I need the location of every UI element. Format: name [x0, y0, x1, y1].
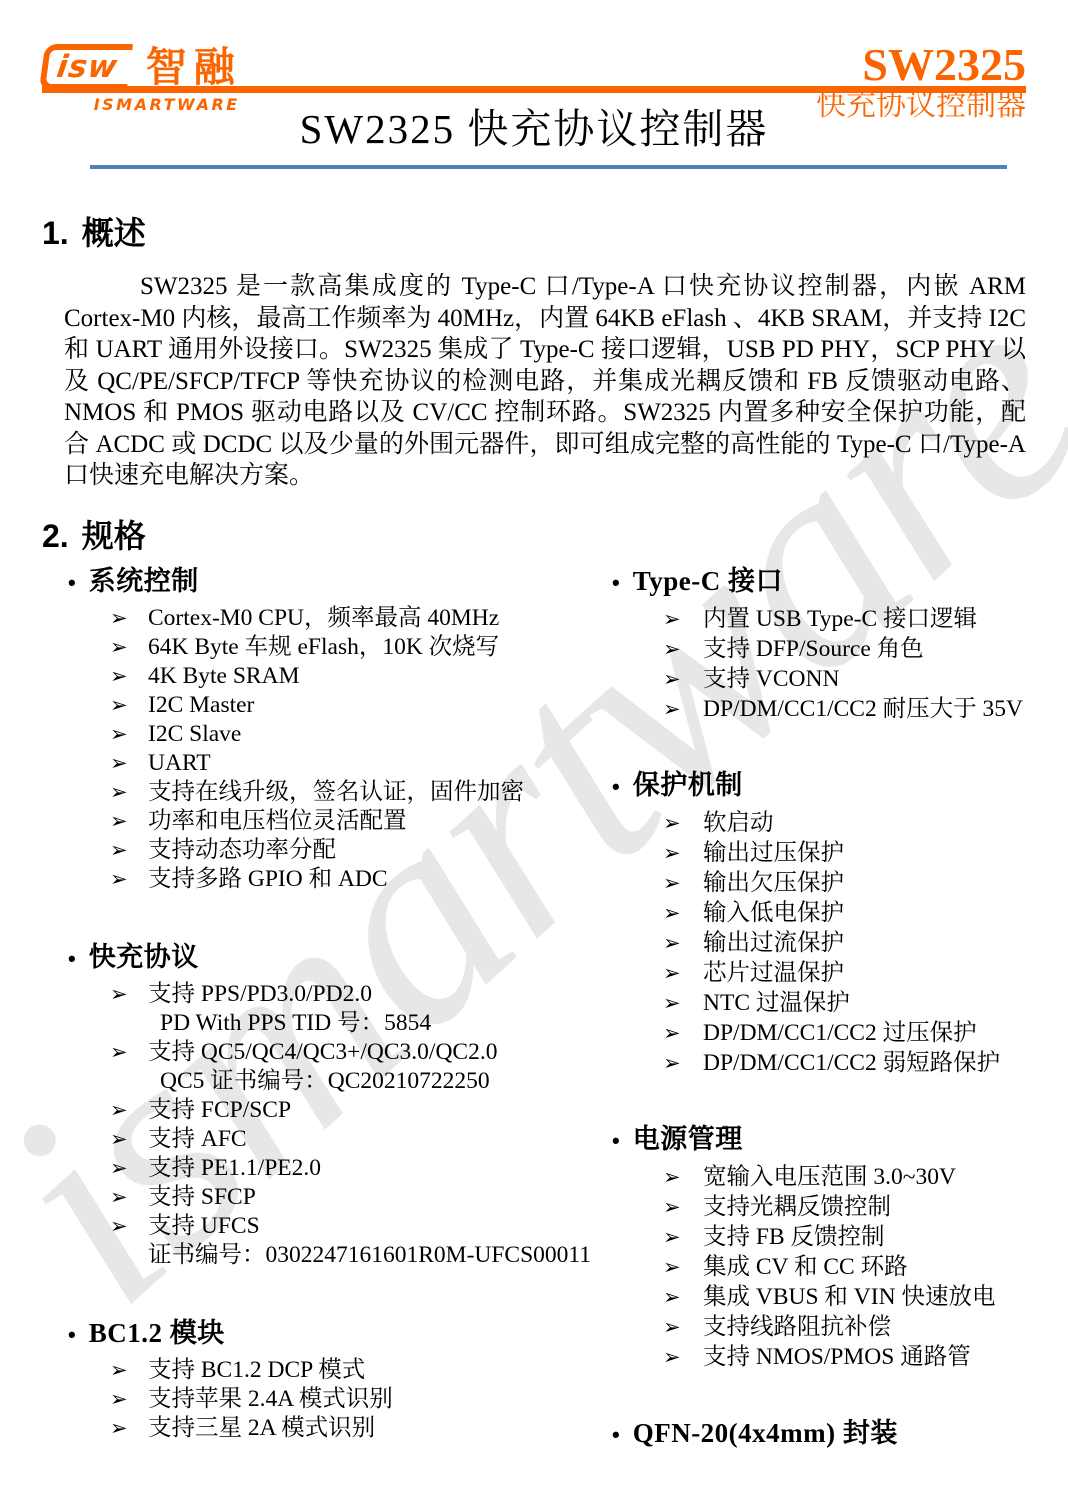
- spec-item: ➢输出欠压保护: [600, 868, 1068, 898]
- spec-item: ➢UART: [60, 749, 605, 778]
- spec-item-text: 内置 USB Type-C 接口逻辑: [703, 604, 977, 634]
- spec-group-title: 系统控制: [89, 564, 199, 598]
- spec-item: ➢软启动: [600, 808, 1068, 838]
- spec-group: •Type-C 接口➢内置 USB Type-C 接口逻辑➢支持 DFP/Sou…: [600, 564, 1068, 724]
- spec-item: ➢支持 DFP/Source 角色: [600, 634, 1068, 664]
- spec-item: ➢支持 QC5/QC4/QC3+/QC3.0/QC2.0: [60, 1038, 605, 1067]
- arrow-bullet-icon: ➢: [110, 662, 148, 691]
- overview-paragraph: SW2325 是一款高集成度的 Type-C 口/Type-A 口快充协议控制器…: [64, 271, 1026, 492]
- specs-columns: •系统控制➢Cortex-M0 CPU，频率最高 40MHz➢64K Byte …: [42, 564, 1026, 1446]
- arrow-bullet-icon: ➢: [663, 1342, 703, 1372]
- title-divider: [90, 165, 1007, 169]
- arrow-bullet-icon: ➢: [110, 778, 148, 807]
- bullet-icon: •: [612, 1418, 620, 1452]
- bullet-icon: •: [68, 566, 76, 600]
- logo-isw-mark: isw: [55, 51, 120, 83]
- spec-item: ➢支持苹果 2.4A 模式识别: [60, 1385, 605, 1414]
- spec-item: ➢支持 PPS/PD3.0/PD2.0: [60, 980, 605, 1009]
- datasheet-page: isw 智融 ISMARTWARE SW2325 快充协议控制器 SW2325 …: [0, 0, 1068, 1446]
- spec-item-text: 输入低电保护: [703, 898, 844, 928]
- spec-group-heading: •快充协议: [60, 940, 605, 976]
- spec-item-text: PD With PPS TID 号：5854: [160, 1009, 431, 1038]
- spec-item: ➢支持多路 GPIO 和 ADC: [60, 865, 605, 894]
- spec-item-text: 支持 UFCS: [148, 1212, 260, 1241]
- arrow-bullet-icon: ➢: [110, 1356, 148, 1385]
- spec-item: ➢I2C Slave: [60, 720, 605, 749]
- spec-group-title: BC1.2 模块: [89, 1316, 225, 1350]
- spec-item-text: Cortex-M0 CPU，频率最高 40MHz: [148, 604, 499, 633]
- spec-item: ➢支持 NMOS/PMOS 通路管: [600, 1342, 1068, 1372]
- arrow-bullet-icon: ➢: [663, 1192, 703, 1222]
- bullet-icon: •: [612, 1124, 620, 1158]
- spec-item-text: I2C Slave: [148, 720, 241, 749]
- spec-item: ➢支持三星 2A 模式识别: [60, 1414, 605, 1443]
- spec-item-text: 软启动: [703, 808, 774, 838]
- spec-item-text: NTC 过温保护: [703, 988, 850, 1018]
- spec-item: ➢宽输入电压范围 3.0~30V: [600, 1162, 1068, 1192]
- arrow-bullet-icon: ➢: [110, 691, 148, 720]
- bullet-icon: •: [68, 1318, 76, 1352]
- spec-group: •电源管理➢宽输入电压范围 3.0~30V➢支持光耦反馈控制➢支持 FB 反馈控…: [600, 1122, 1068, 1372]
- arrow-bullet-icon: ➢: [663, 988, 703, 1018]
- section-title: 规格: [82, 518, 146, 554]
- spec-item-text: UART: [148, 749, 211, 778]
- spec-item-text: I2C Master: [148, 691, 254, 720]
- spec-group-title: Type-C 接口: [633, 564, 783, 598]
- spec-item-text: 支持多路 GPIO 和 ADC: [148, 865, 388, 894]
- spec-item-text: 支持苹果 2.4A 模式识别: [148, 1385, 393, 1414]
- spec-item: ➢支持 FCP/SCP: [60, 1096, 605, 1125]
- spec-item-text: 支持 QC5/QC4/QC3+/QC3.0/QC2.0: [148, 1038, 497, 1067]
- bullet-icon: •: [612, 566, 620, 600]
- arrow-bullet-icon: ➢: [663, 928, 703, 958]
- spec-item: ➢集成 VBUS 和 VIN 快速放电: [600, 1282, 1068, 1312]
- arrow-bullet-icon: ➢: [110, 1096, 148, 1125]
- spec-item-list: ➢支持 PPS/PD3.0/PD2.0PD With PPS TID 号：585…: [60, 980, 605, 1270]
- arrow-bullet-icon: ➢: [110, 633, 148, 662]
- spec-item: ➢输出过流保护: [600, 928, 1068, 958]
- arrow-bullet-icon: ➢: [663, 838, 703, 868]
- spec-group-title: 保护机制: [633, 768, 743, 802]
- spec-group-title: 快充协议: [89, 940, 199, 974]
- spec-item-text: 支持 PE1.1/PE2.0: [148, 1154, 321, 1183]
- spec-item-list: ➢Cortex-M0 CPU，频率最高 40MHz➢64K Byte 车规 eF…: [60, 604, 605, 894]
- spec-item-text: 集成 VBUS 和 VIN 快速放电: [703, 1282, 995, 1312]
- spec-item-text: 集成 CV 和 CC 环路: [703, 1252, 908, 1282]
- spec-item-text: 功率和电压档位灵活配置: [148, 807, 407, 836]
- arrow-bullet-icon: ➢: [663, 898, 703, 928]
- arrow-bullet-icon: ➢: [663, 1252, 703, 1282]
- spec-item: ➢支持动态功率分配: [60, 836, 605, 865]
- spec-item: PD With PPS TID 号：5854: [60, 1009, 605, 1038]
- spec-group-heading: •QFN-20(4x4mm) 封装: [600, 1416, 1068, 1452]
- part-number: SW2325: [816, 44, 1026, 86]
- spec-group: •系统控制➢Cortex-M0 CPU，频率最高 40MHz➢64K Byte …: [60, 564, 605, 894]
- arrow-bullet-icon: ➢: [663, 634, 703, 664]
- specs-right-column: •Type-C 接口➢内置 USB Type-C 接口逻辑➢支持 DFP/Sou…: [600, 564, 1068, 1452]
- arrow-bullet-icon: ➢: [110, 1212, 148, 1241]
- spec-item-text: 输出过压保护: [703, 838, 844, 868]
- spec-item: ➢NTC 过温保护: [600, 988, 1068, 1018]
- spec-item: ➢输出过压保护: [600, 838, 1068, 868]
- arrow-bullet-icon: ➢: [110, 604, 148, 633]
- arrow-bullet-icon: ➢: [110, 1385, 148, 1414]
- spec-item-text: 支持 PPS/PD3.0/PD2.0: [148, 980, 372, 1009]
- spec-group-title: QFN-20(4x4mm) 封装: [633, 1416, 898, 1450]
- logo-brand-en: ISMARTWARE: [94, 95, 240, 114]
- section-title: 概述: [82, 215, 146, 251]
- spec-item-text: QC5 证书编号：QC20210722250: [160, 1067, 490, 1096]
- spec-item: ➢DP/DM/CC1/CC2 耐压大于 35V: [600, 694, 1068, 724]
- spec-item-text: DP/DM/CC1/CC2 耐压大于 35V: [703, 694, 1023, 724]
- arrow-bullet-icon: ➢: [663, 1222, 703, 1252]
- spec-item: ➢芯片过温保护: [600, 958, 1068, 988]
- spec-item: ➢内置 USB Type-C 接口逻辑: [600, 604, 1068, 634]
- arrow-bullet-icon: ➢: [663, 604, 703, 634]
- spec-group-heading: •保护机制: [600, 768, 1068, 804]
- spec-item-list: ➢软启动➢输出过压保护➢输出欠压保护➢输入低电保护➢输出过流保护➢芯片过温保护➢…: [600, 808, 1068, 1078]
- spec-item-text: 证书编号：0302247161601R0M-UFCS00011: [148, 1241, 591, 1270]
- spec-item-text: 支持 BC1.2 DCP 模式: [148, 1356, 365, 1385]
- spec-group: •保护机制➢软启动➢输出过压保护➢输出欠压保护➢输入低电保护➢输出过流保护➢芯片…: [600, 768, 1068, 1078]
- spec-item: ➢Cortex-M0 CPU，频率最高 40MHz: [60, 604, 605, 633]
- spec-item-text: 输出欠压保护: [703, 868, 844, 898]
- arrow-bullet-icon: ➢: [663, 808, 703, 838]
- spec-item: QC5 证书编号：QC20210722250: [60, 1067, 605, 1096]
- spec-item-text: 支持 FCP/SCP: [148, 1096, 291, 1125]
- spec-item-text: 支持 FB 反馈控制: [703, 1222, 885, 1252]
- arrow-bullet-icon: ➢: [110, 749, 148, 778]
- logo-row: isw 智融: [42, 44, 242, 90]
- part-subtitle: 快充协议控制器: [816, 89, 1026, 123]
- spec-item-list: ➢内置 USB Type-C 接口逻辑➢支持 DFP/Source 角色➢支持 …: [600, 604, 1068, 724]
- spec-item: ➢支持 VCONN: [600, 664, 1068, 694]
- spec-group-heading: •Type-C 接口: [600, 564, 1068, 600]
- spec-item: ➢支持 SFCP: [60, 1183, 605, 1212]
- spec-group-title: 电源管理: [633, 1122, 743, 1156]
- arrow-bullet-icon: ➢: [110, 1038, 148, 1067]
- spec-item: ➢支持 AFC: [60, 1125, 605, 1154]
- spec-item-text: 支持动态功率分配: [148, 836, 336, 865]
- spec-item: ➢4K Byte SRAM: [60, 662, 605, 691]
- logo-brand-cn: 智融: [146, 45, 242, 89]
- arrow-bullet-icon: ➢: [663, 694, 703, 724]
- arrow-bullet-icon: ➢: [663, 868, 703, 898]
- arrow-bullet-icon: ➢: [110, 980, 148, 1009]
- spec-item: ➢输入低电保护: [600, 898, 1068, 928]
- spec-item-text: 宽输入电压范围 3.0~30V: [703, 1162, 956, 1192]
- spec-group: •BC1.2 模块➢支持 BC1.2 DCP 模式➢支持苹果 2.4A 模式识别…: [60, 1316, 605, 1443]
- arrow-bullet-icon: ➢: [110, 1125, 148, 1154]
- spec-group: •QFN-20(4x4mm) 封装: [600, 1416, 1068, 1452]
- spec-item-text: DP/DM/CC1/CC2 过压保护: [703, 1018, 977, 1048]
- spec-item: ➢支持线路阻抗补偿: [600, 1312, 1068, 1342]
- spec-item-list: ➢支持 BC1.2 DCP 模式➢支持苹果 2.4A 模式识别➢支持三星 2A …: [60, 1356, 605, 1443]
- spec-item: ➢功率和电压档位灵活配置: [60, 807, 605, 836]
- spec-item-text: 支持线路阻抗补偿: [703, 1312, 891, 1342]
- spec-item-list: ➢宽输入电压范围 3.0~30V➢支持光耦反馈控制➢支持 FB 反馈控制➢集成 …: [600, 1162, 1068, 1372]
- spec-group: •快充协议➢支持 PPS/PD3.0/PD2.0PD With PPS TID …: [60, 940, 605, 1270]
- spec-group-heading: •系统控制: [60, 564, 605, 600]
- spec-item-text: 64K Byte 车规 eFlash，10K 次烧写: [148, 633, 499, 662]
- arrow-bullet-icon: ➢: [663, 1312, 703, 1342]
- logo-bracket-icon: isw: [39, 44, 133, 90]
- arrow-bullet-icon: ➢: [110, 1154, 148, 1183]
- spec-item-text: 支持三星 2A 模式识别: [148, 1414, 375, 1443]
- spec-item-text: 支持 DFP/Source 角色: [703, 634, 924, 664]
- arrow-bullet-icon: ➢: [663, 1162, 703, 1192]
- brand-logo: isw 智融 ISMARTWARE: [42, 44, 242, 114]
- spec-item: ➢I2C Master: [60, 691, 605, 720]
- spec-item: ➢DP/DM/CC1/CC2 弱短路保护: [600, 1048, 1068, 1078]
- specs-left-column: •系统控制➢Cortex-M0 CPU，频率最高 40MHz➢64K Byte …: [60, 564, 605, 1443]
- spec-item-text: 支持 NMOS/PMOS 通路管: [703, 1342, 971, 1372]
- spec-item: ➢支持在线升级，签名认证，固件加密: [60, 778, 605, 807]
- arrow-bullet-icon: ➢: [110, 865, 148, 894]
- header-part-block: SW2325 快充协议控制器: [816, 44, 1026, 123]
- arrow-bullet-icon: ➢: [110, 836, 148, 865]
- spec-item-text: DP/DM/CC1/CC2 弱短路保护: [703, 1048, 1000, 1078]
- spec-item-text: 支持 AFC: [148, 1125, 247, 1154]
- section-specs-heading: 2.规格: [42, 518, 1026, 554]
- arrow-bullet-icon: ➢: [663, 958, 703, 988]
- arrow-bullet-icon: ➢: [663, 1048, 703, 1078]
- section-overview-heading: 1.概述: [42, 215, 1026, 251]
- arrow-bullet-icon: ➢: [663, 1282, 703, 1312]
- spec-item-text: 输出过流保护: [703, 928, 844, 958]
- spec-item: ➢支持 UFCS: [60, 1212, 605, 1241]
- spec-item-text: 支持 SFCP: [148, 1183, 256, 1212]
- spec-item-text: 4K Byte SRAM: [148, 662, 299, 691]
- arrow-bullet-icon: ➢: [110, 1183, 148, 1212]
- spec-item: 证书编号：0302247161601R0M-UFCS00011: [60, 1241, 605, 1270]
- spec-group-heading: •BC1.2 模块: [60, 1316, 605, 1352]
- spec-item: ➢DP/DM/CC1/CC2 过压保护: [600, 1018, 1068, 1048]
- spec-item: ➢支持 FB 反馈控制: [600, 1222, 1068, 1252]
- arrow-bullet-icon: ➢: [110, 720, 148, 749]
- section-number: 1.: [42, 215, 69, 251]
- spec-item: ➢支持 PE1.1/PE2.0: [60, 1154, 605, 1183]
- arrow-bullet-icon: ➢: [110, 807, 148, 836]
- spec-item: ➢集成 CV 和 CC 环路: [600, 1252, 1068, 1282]
- arrow-bullet-icon: ➢: [663, 664, 703, 694]
- spec-item: ➢64K Byte 车规 eFlash，10K 次烧写: [60, 633, 605, 662]
- section-number: 2.: [42, 518, 69, 554]
- spec-item-text: 芯片过温保护: [703, 958, 844, 988]
- arrow-bullet-icon: ➢: [663, 1018, 703, 1048]
- spec-item-text: 支持光耦反馈控制: [703, 1192, 891, 1222]
- arrow-bullet-icon: ➢: [110, 1414, 148, 1443]
- spec-group-heading: •电源管理: [600, 1122, 1068, 1158]
- spec-item-text: 支持在线升级，签名认证，固件加密: [148, 778, 524, 807]
- spec-item: ➢支持 BC1.2 DCP 模式: [60, 1356, 605, 1385]
- bullet-icon: •: [612, 770, 620, 804]
- spec-item: ➢支持光耦反馈控制: [600, 1192, 1068, 1222]
- bullet-icon: •: [68, 942, 76, 976]
- page-header: isw 智融 ISMARTWARE SW2325 快充协议控制器: [42, 0, 1026, 86]
- spec-item-text: 支持 VCONN: [703, 664, 839, 694]
